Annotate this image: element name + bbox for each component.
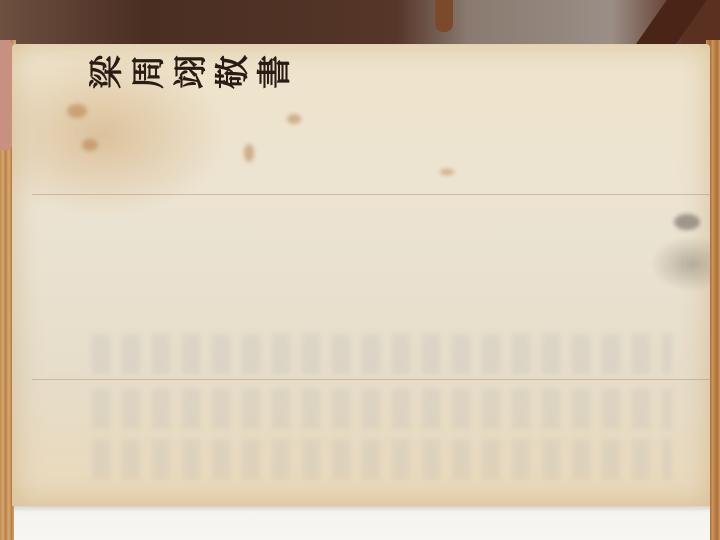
ink-bleed-through — [92, 389, 672, 429]
handwritten-inscription: 梁 周 翊 敬 書 — [88, 52, 294, 92]
dark-stain — [674, 214, 700, 230]
inscription-char: 書 — [255, 53, 295, 91]
foxing-stain — [287, 114, 301, 124]
paper-fold-line — [32, 194, 712, 195]
foxing-stain — [440, 169, 454, 175]
ink-bleed-through — [92, 334, 672, 374]
inscription-char: 周 — [129, 53, 169, 91]
foxing-stain — [244, 144, 254, 162]
chair-leg-background — [435, 0, 453, 32]
foxing-stain — [82, 139, 98, 151]
ink-bleed-through — [92, 439, 672, 479]
foxing-stain — [67, 104, 87, 118]
inscription-char: 翊 — [171, 53, 211, 91]
book-endpaper — [12, 44, 710, 506]
paper-fold-line — [32, 379, 712, 380]
white-page-edge — [14, 506, 710, 540]
inscription-char: 敬 — [213, 53, 253, 91]
inscription-char: 梁 — [87, 53, 127, 91]
background-room — [0, 0, 720, 50]
